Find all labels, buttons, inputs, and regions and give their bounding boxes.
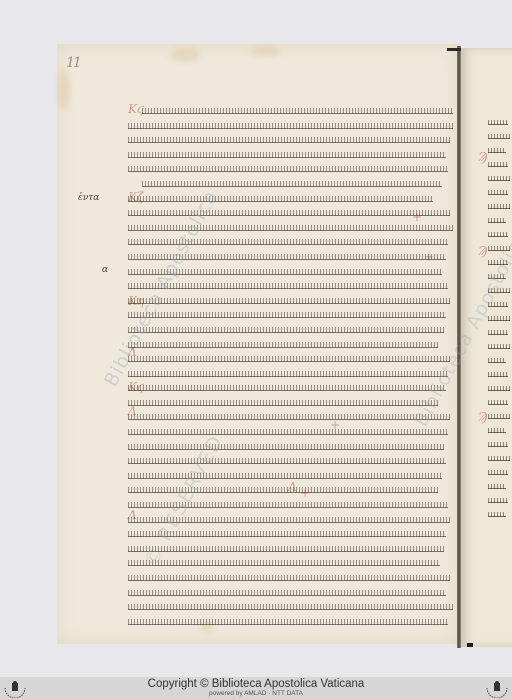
- right-page-text-line: [488, 148, 506, 153]
- powered-by-text: powered by AMLAD · NTT DATA: [0, 690, 512, 697]
- manuscript-viewer[interactable]: 11 ἐντα α Κϛ Κζ Κη + + + + Κϛ Λ Λ Λ Λ: [0, 0, 512, 677]
- right-page-text-line: [488, 484, 506, 489]
- right-page-text-line: [488, 414, 510, 419]
- right-page-text-line: [488, 428, 506, 433]
- binding-mark: [447, 48, 461, 51]
- copyright-footer: Copyright © Biblioteca Apostolica Vatica…: [0, 677, 512, 699]
- parchment-stain: [250, 46, 280, 56]
- right-page-text-line: [488, 470, 508, 475]
- manuscript-text-block: [128, 104, 453, 629]
- right-page-text-line: [488, 218, 506, 223]
- copyright-text: Copyright © Biblioteca Apostolica Vatica…: [0, 678, 512, 690]
- right-page-text-line: [488, 372, 508, 377]
- right-page-text-line: [488, 330, 508, 335]
- right-page-text-line: [488, 358, 506, 363]
- right-page-rubric: Ϡ: [478, 150, 487, 164]
- right-page-text-line: [488, 120, 508, 125]
- right-page-text-line: [488, 176, 510, 181]
- marginal-note: ἐντα: [78, 193, 99, 203]
- right-page-text-line: [488, 162, 508, 167]
- right-page-text-line: [488, 442, 508, 447]
- parchment-stain: [58, 70, 70, 110]
- vatican-seal-icon: [484, 680, 510, 698]
- binding-mark: [467, 643, 473, 647]
- right-page-text-line: [488, 190, 508, 195]
- folio-number: 11: [66, 55, 80, 71]
- right-page-text-line: [488, 498, 508, 503]
- right-page-text-line: [488, 232, 508, 237]
- right-page-text-line: [488, 386, 510, 391]
- vatican-seal-icon: [2, 680, 28, 698]
- right-page-rubric: Ϡ: [478, 410, 487, 424]
- right-page-text-line: [488, 456, 510, 461]
- parchment-stain: [170, 48, 200, 62]
- marginal-note: α: [102, 265, 108, 275]
- right-page-text-line: [488, 400, 508, 405]
- right-page-text-line: [488, 512, 506, 517]
- right-page-text-line: [488, 344, 510, 349]
- right-page-text-line: [488, 316, 510, 321]
- right-page-rubric: Ϡ: [478, 244, 487, 258]
- right-page-text-line: [488, 134, 510, 139]
- right-page-text-line: [488, 204, 510, 209]
